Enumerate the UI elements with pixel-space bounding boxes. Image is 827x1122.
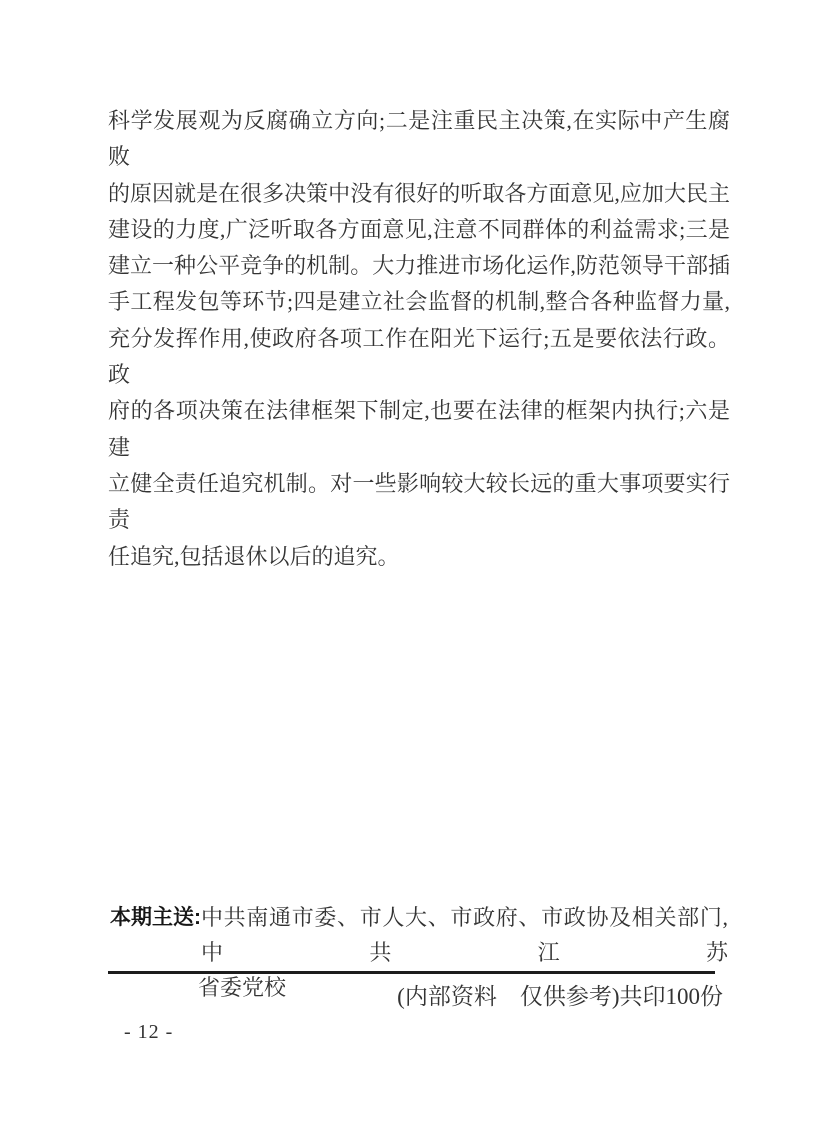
document-page: 科学发展观为反腐确立方向;二是注重民主决策,在实际中产生腐败 的原因就是在很多决… bbox=[0, 0, 827, 1122]
body-text-line: 立健全责任追究机制。对一些影响较大较长远的重大事项要实行责 bbox=[108, 466, 730, 539]
distribution-recipients-line1: 中共南通市委、市人大、市政府、市政协及相关部门,中共江苏 bbox=[201, 900, 728, 970]
distribution-label: 本期主送: bbox=[110, 900, 201, 970]
internal-material-note: (内部资料 仅供参考)共印100份 bbox=[108, 982, 723, 1012]
page-number: - 12 - bbox=[124, 1021, 173, 1044]
body-text-line: 手工程发包等环节;四是建立社会监督的机制,整合各种监督力量, bbox=[108, 284, 730, 320]
body-text-line: 科学发展观为反腐确立方向;二是注重民主决策,在实际中产生腐败 bbox=[108, 103, 730, 176]
body-text-line: 的原因就是在很多决策中没有很好的听取各方面意见,应加大民主 bbox=[108, 176, 730, 212]
body-text-line: 任追究,包括退休以后的追究。 bbox=[108, 539, 730, 575]
body-paragraph: 科学发展观为反腐确立方向;二是注重民主决策,在实际中产生腐败 的原因就是在很多决… bbox=[108, 103, 730, 575]
body-text-line: 建设的力度,广泛听取各方面意见,注意不同群体的利益需求;三是 bbox=[108, 212, 730, 248]
distribution-row: 本期主送: 中共南通市委、市人大、市政府、市政协及相关部门,中共江苏 bbox=[110, 900, 728, 970]
footer-divider-rule bbox=[108, 971, 715, 974]
body-text-line: 府的各项决策在法律框架下制定,也要在法律的框架内执行;六是建 bbox=[108, 393, 730, 466]
body-text-line: 建立一种公平竞争的机制。大力推进市场化运作,防范领导干部插 bbox=[108, 248, 730, 284]
body-text-line: 充分发挥作用,使政府各项工作在阳光下运行;五是要依法行政。政 bbox=[108, 321, 730, 394]
